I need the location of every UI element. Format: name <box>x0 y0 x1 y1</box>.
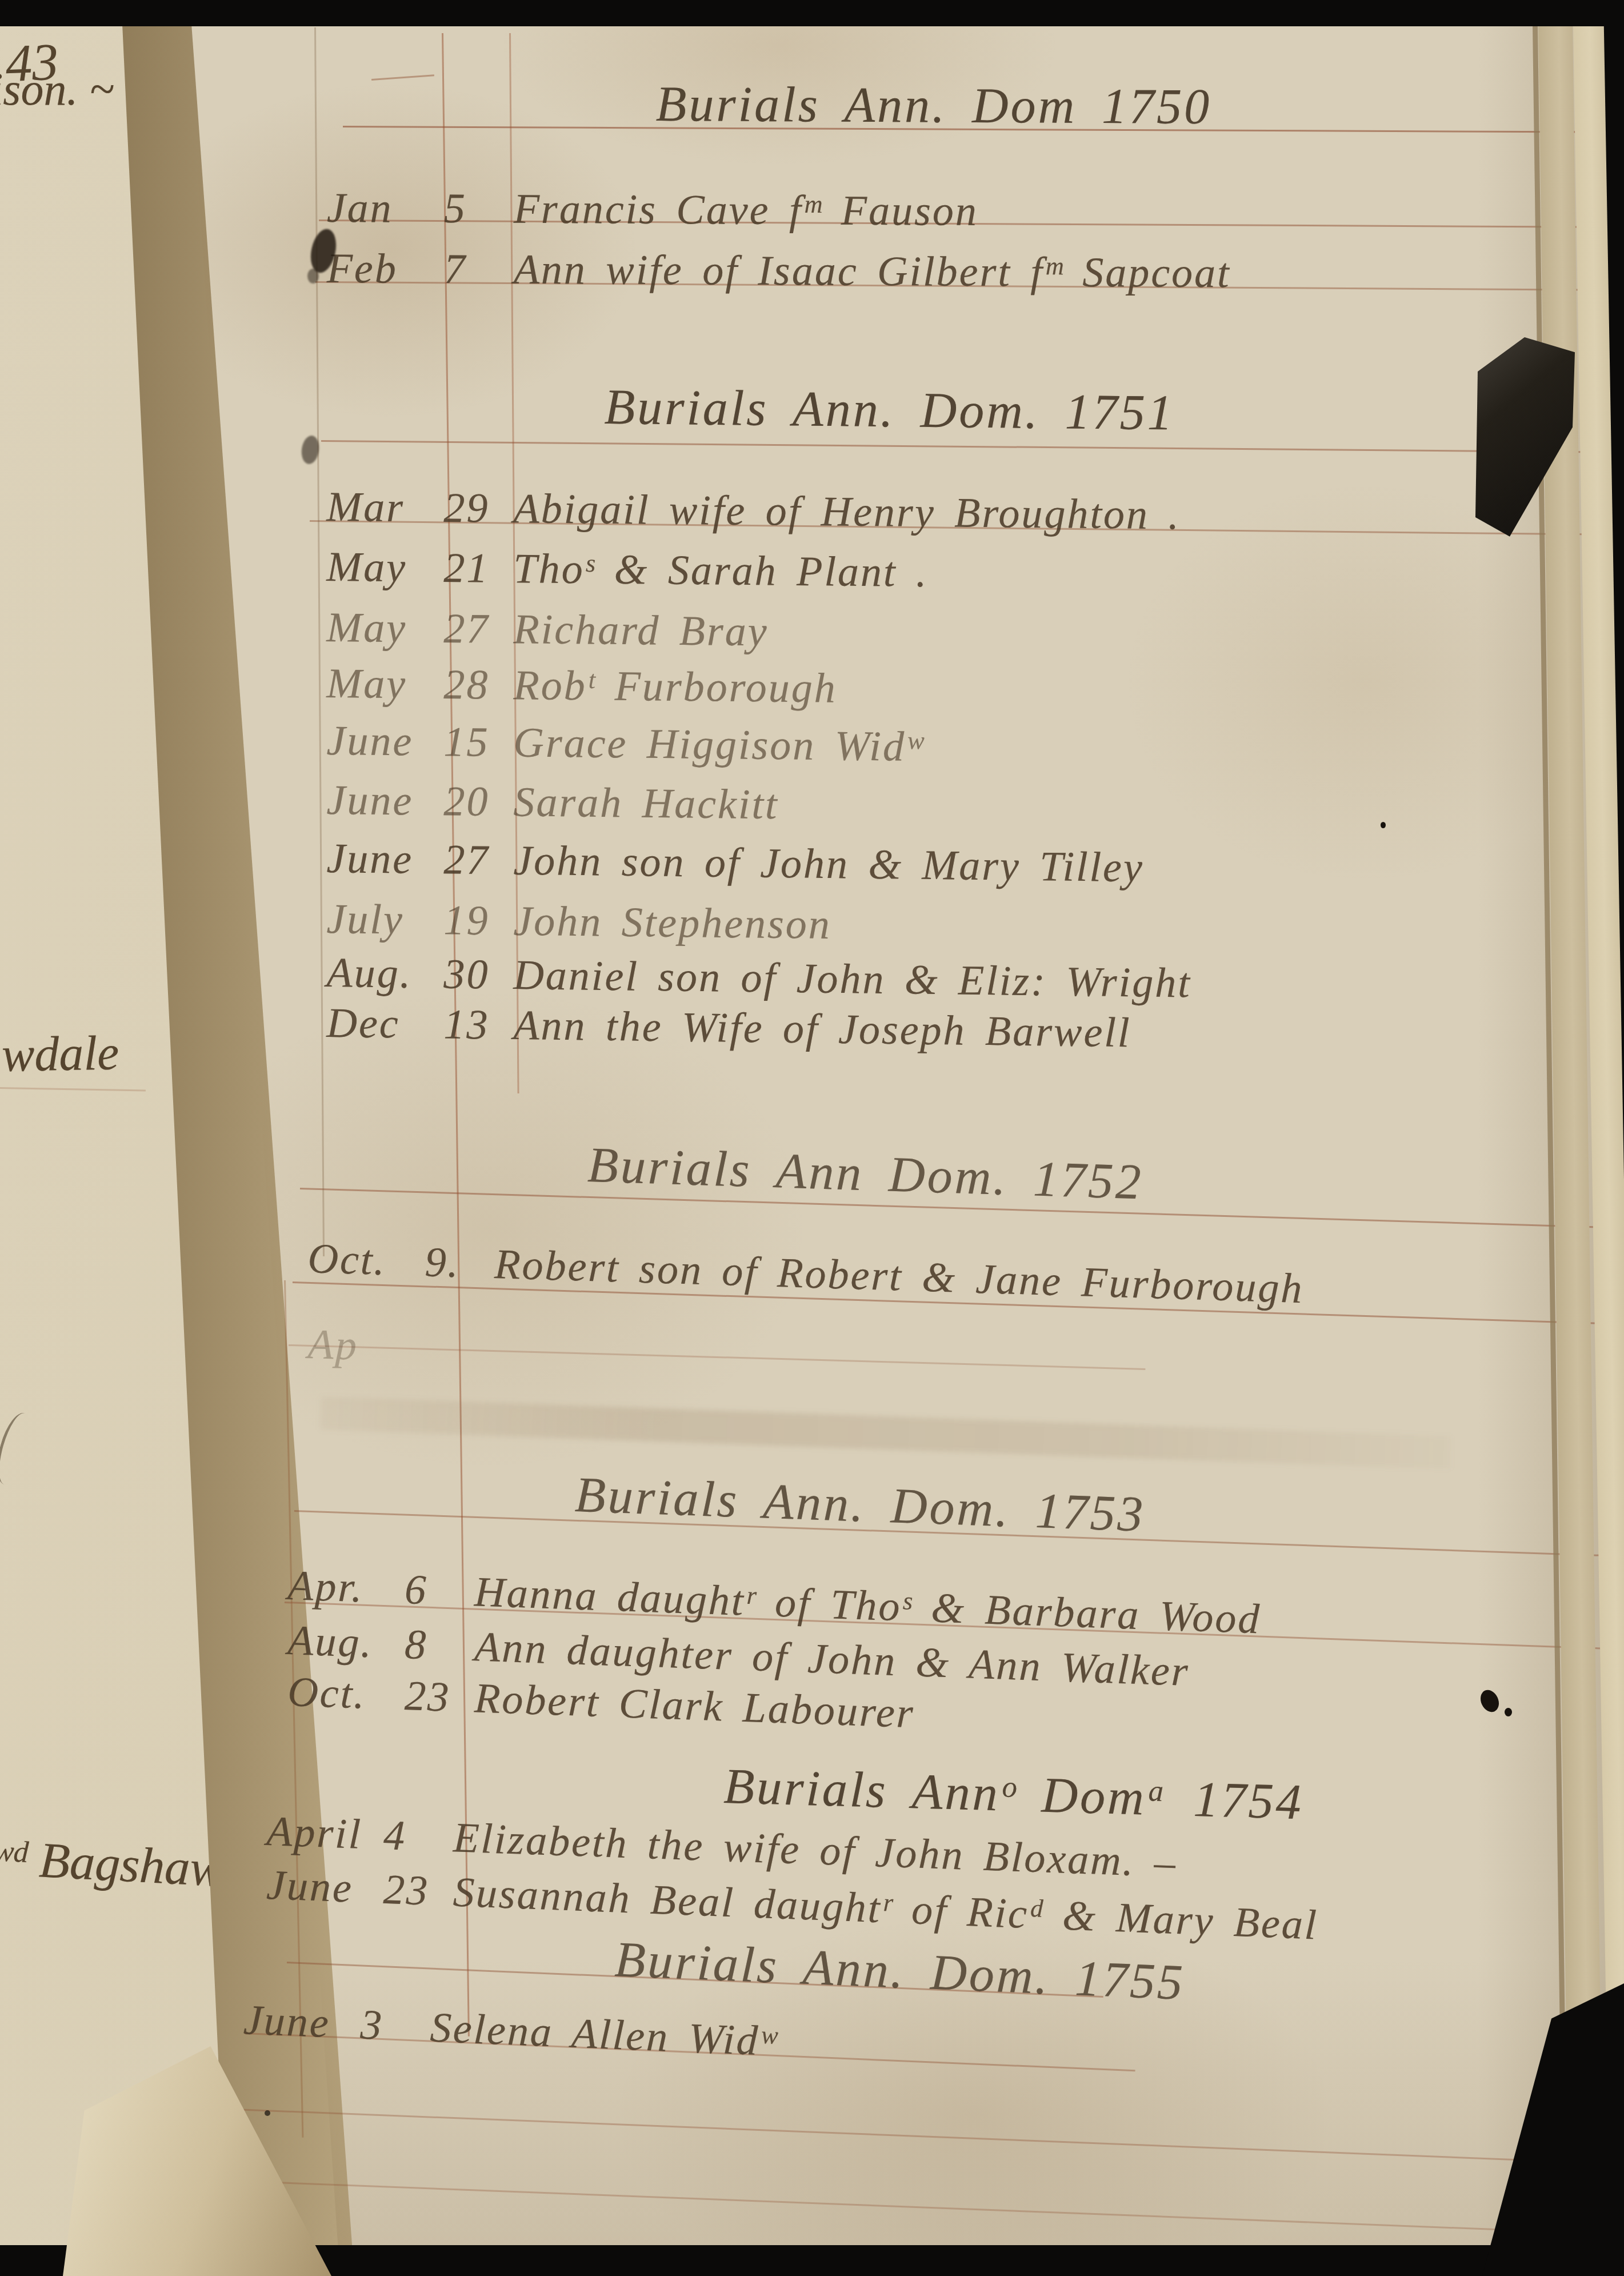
entry-month: June <box>243 1996 362 2049</box>
entry-month: April <box>266 1807 385 1860</box>
entry-month: June <box>326 776 444 826</box>
ink-speck <box>1381 822 1386 828</box>
entry-day: 28 <box>443 661 514 710</box>
entry-day: 27 <box>443 836 514 885</box>
entry-month: Apr. <box>287 1562 406 1614</box>
burial-entry-row: May28Robᵗ Furborough <box>326 660 837 713</box>
left-page-text-fragment: wdale <box>1 1024 119 1083</box>
entry-day: 4 <box>383 1811 454 1862</box>
entry-text: Thoˢ & Sarah Plant . <box>513 545 929 596</box>
entry-day: 27 <box>443 605 514 654</box>
entry-month: June <box>326 717 444 766</box>
left-page-text-fragment: rison. ~ <box>0 64 114 116</box>
entry-month: Aug. <box>287 1616 406 1669</box>
burial-entry-row: May21Thoˢ & Sarah Plant . <box>326 543 929 597</box>
entry-month: Jan <box>327 184 444 233</box>
ink-blot <box>307 269 319 283</box>
entry-text: Richard Bray <box>513 606 769 655</box>
burial-entry-row: July19John Stephenson <box>326 895 831 949</box>
entry-day: 15 <box>443 718 514 767</box>
entry-month: May <box>326 660 444 709</box>
entry-text: Daniel son of John & Eliz: Wright <box>513 952 1191 1007</box>
entry-month: Mar <box>326 483 444 533</box>
burial-entry-row: June27John son of John & Mary Tilley <box>326 834 1144 892</box>
entry-day: 30 <box>443 951 514 1000</box>
burial-entry-row: May27Richard Bray <box>326 604 769 656</box>
entry-month: May <box>326 604 444 653</box>
entry-day: 21 <box>443 544 514 593</box>
entry-month: Oct. <box>287 1668 406 1720</box>
entry-text: John Stephenson <box>513 898 831 948</box>
register-page-scan: 43 rison. ~ wdale ʷᵈ Bagshaw Burials Ann… <box>0 0 1624 2276</box>
entry-month: Oct. <box>307 1235 426 1287</box>
burial-entry-row: June20Sarah Hackitt <box>326 776 779 829</box>
entry-month: Ap <box>307 1320 426 1372</box>
burial-year-heading: Burials Ann. Dom 1750 <box>655 75 1211 136</box>
entry-day: 23 <box>404 1672 475 1723</box>
entry-month: July <box>326 895 444 945</box>
entry-day <box>425 1361 494 1364</box>
entry-text: Sarah Hackitt <box>513 778 779 828</box>
entry-month: June <box>326 834 444 884</box>
entry-text: Ann wife of Isaac Gilbert fᵐ Sapcoat <box>514 246 1231 297</box>
entry-month: Aug. <box>326 949 444 999</box>
entry-text: Robᵗ Furborough <box>513 662 837 712</box>
entry-month: Dec <box>326 999 444 1049</box>
burial-entry-row: Feb7Ann wife of Isaac Gilbert fᵐ Sapcoat <box>327 245 1231 298</box>
left-page-text-fragment: ʷᵈ Bagshaw <box>0 1829 225 1899</box>
entry-day: 29 <box>443 484 514 533</box>
entry-day: 3 <box>359 2001 431 2052</box>
entry-day: 9. <box>424 1238 495 1289</box>
entry-month: June <box>266 1861 385 1914</box>
burial-year-heading: Burials Ann. Dom. 1751 <box>604 378 1175 442</box>
entry-day: 20 <box>443 777 514 826</box>
entry-day: 5 <box>444 185 514 234</box>
ink-speck <box>1505 1708 1512 1716</box>
entry-month: Feb <box>327 245 444 294</box>
background <box>0 0 1624 26</box>
entry-day: 19 <box>443 896 514 945</box>
entry-text: Ann the Wife of Joseph Barwell <box>513 1002 1131 1056</box>
entry-text: Grace Higgison Widʷ <box>513 719 924 770</box>
entry-month: May <box>326 543 444 593</box>
entry-day: 23 <box>383 1866 454 1917</box>
entry-text: John son of John & Mary Tilley <box>513 837 1144 892</box>
entry-day: 6 <box>404 1566 475 1616</box>
burial-entry-row: Mar29Abigail wife of Henry Broughton . <box>326 483 1181 540</box>
burial-entry-row: Dec13Ann the Wife of Joseph Barwell <box>326 999 1131 1057</box>
entry-day: 7 <box>444 245 514 294</box>
entry-text: Abigail wife of Henry Broughton . <box>513 485 1181 538</box>
burial-entry-row: June15Grace Higgison Widʷ <box>326 717 924 772</box>
entry-day: 13 <box>443 1001 514 1050</box>
ink-speck <box>265 2110 270 2116</box>
burial-entry-row: Jan5Francis Cave fᵐ Fauson <box>327 184 979 236</box>
burial-entry-row: Ap <box>307 1320 495 1375</box>
entry-text: Francis Cave fᵐ Fauson <box>514 186 979 235</box>
entry-day: 8 <box>404 1620 475 1671</box>
